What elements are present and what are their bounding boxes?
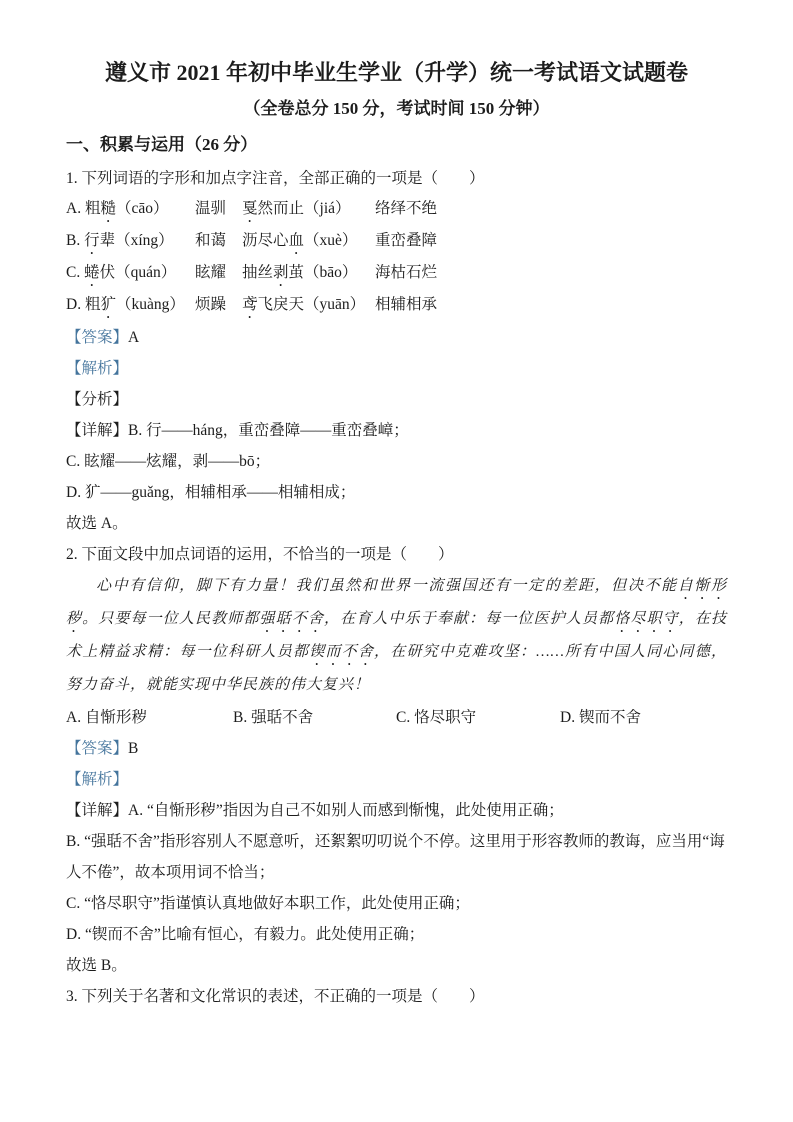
q2-conclusion: 故选 B。	[66, 950, 727, 981]
q1-b-cell-2: 和蔼	[195, 226, 242, 258]
q2-option-b: B. 强聒不舍	[233, 702, 396, 733]
q2-detail-line: D. “锲而不舍”比喻有恒心，有毅力。此处使用正确；	[66, 919, 727, 950]
q1-detail-line: D. 犷——guǎng，相辅相承——相辅相成；	[66, 477, 727, 508]
q2-option-a: A. 自惭形秽	[66, 702, 233, 733]
q1-conclusion: 故选 A。	[66, 508, 727, 539]
q2-option-c: C. 恪尽职守	[396, 702, 560, 733]
q2-detail-line: B. “强聒不舍”指形容别人不愿意听，还絮絮叨叨说个不停。这里用于形容教师的教诲…	[66, 826, 727, 888]
page-title: 遵义市 2021 年初中毕业生学业（升学）统一考试语文试题卷	[66, 58, 727, 88]
q1-c-cell-4: 海枯石烂	[375, 258, 727, 290]
q1-answer-line: 【答案】A	[66, 322, 727, 353]
q1-a-cell-2: 温驯	[195, 194, 242, 226]
q2-answer-value: B	[128, 740, 138, 757]
q1-option-row-b: B. 行辈（xíng） 和蔼 沥尽心血（xuè） 重峦叠障	[66, 226, 727, 258]
q2-option-d: D. 锲而不舍	[560, 702, 727, 733]
q1-detail-line: C. 眩耀——炫耀，剥——bō；	[66, 446, 727, 477]
q1-c-cell-2: 眩耀	[195, 258, 242, 290]
q1-c-cell-3: 抽丝剥茧（bāo）	[242, 258, 375, 290]
q1-a-cell-1: A. 粗糙（cāo）	[66, 194, 195, 226]
q1-d-cell-3: 鸢飞戾天（yuān）	[242, 290, 375, 322]
q1-stem: 1. 下列词语的字形和加点字注音，全部正确的一项是（ ）	[66, 163, 727, 194]
q1-a-cell-4: 络绎不绝	[375, 194, 727, 226]
q1-b-cell-3: 沥尽心血（xuè）	[242, 226, 375, 258]
q1-b-cell-1: B. 行辈（xíng）	[66, 226, 195, 258]
q1-d-cell-2: 烦躁	[195, 290, 242, 322]
q1-detail-line: 【详解】B. 行——háng，重峦叠障——重峦叠嶂；	[66, 415, 727, 446]
q1-answer-value: A	[128, 329, 139, 346]
q2-passage: 心中有信仰，脚下有力量！我们虽然和世界一流强国还有一定的差距，但决不能自惭形秽。…	[66, 570, 727, 702]
answer-label: 【答案】	[66, 329, 128, 346]
q2-stem: 2. 下面文段中加点词语的运用，不恰当的一项是（ ）	[66, 539, 727, 570]
q2-jiexi-label: 【解析】	[66, 764, 727, 795]
section-heading: 一、积累与运用（26 分）	[66, 131, 727, 159]
q1-c-cell-1: C. 蜷伏（quán）	[66, 258, 195, 290]
q1-jiexi-label: 【解析】	[66, 353, 727, 384]
q1-d-cell-4: 相辅相承	[375, 290, 727, 322]
q2-detail-line: 【详解】A. “自惭形秽”指因为自己不如别人而感到惭愧，此处使用正确；	[66, 795, 727, 826]
q1-option-row-d: D. 粗犷（kuàng） 烦躁 鸢飞戾天（yuān） 相辅相承	[66, 290, 727, 322]
q3-stem: 3. 下列关于名著和文化常识的表述，不正确的一项是（ ）	[66, 981, 727, 1012]
q1-a-cell-3: 戛然而止（jiá）	[242, 194, 375, 226]
q2-detail-line: C. “恪尽职守”指谨慎认真地做好本职工作，此处使用正确；	[66, 888, 727, 919]
page-subtitle: （全卷总分 150 分，考试时间 150 分钟）	[66, 96, 727, 122]
q1-option-row-c: C. 蜷伏（quán） 眩耀 抽丝剥茧（bāo） 海枯石烂	[66, 258, 727, 290]
q2-option-row: A. 自惭形秽 B. 强聒不舍 C. 恪尽职守 D. 锲而不舍	[66, 702, 727, 733]
document-page: 遵义市 2021 年初中毕业生学业（升学）统一考试语文试题卷 （全卷总分 150…	[0, 0, 793, 1122]
answer-label: 【答案】	[66, 740, 128, 757]
q1-b-cell-4: 重峦叠障	[375, 226, 727, 258]
q1-option-row-a: A. 粗糙（cāo） 温驯 戛然而止（jiá） 络绎不绝	[66, 194, 727, 226]
q2-answer-line: 【答案】B	[66, 733, 727, 764]
q1-d-cell-1: D. 粗犷（kuàng）	[66, 290, 195, 322]
q1-fenxi-label: 【分析】	[66, 384, 727, 415]
